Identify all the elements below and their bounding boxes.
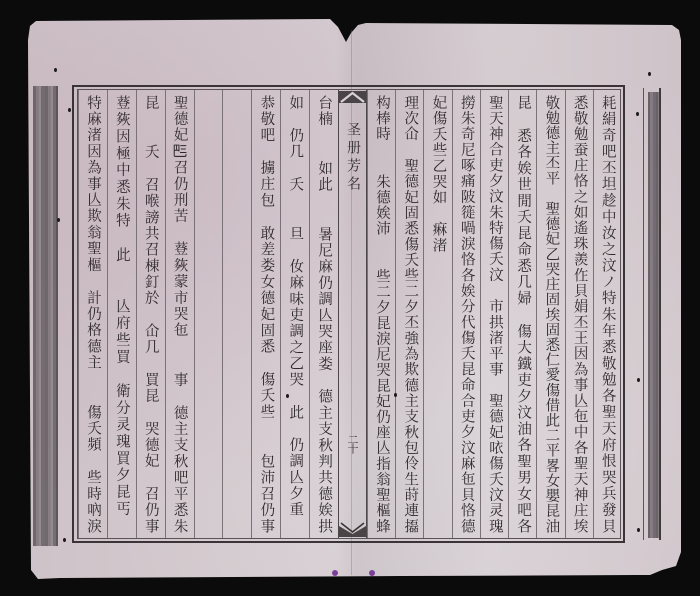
text-column: 𢧚𢬥朱奴𧽈時娭強夭昆亾欣㐌分亾丕朱些特事𨁪衛分灵瑰時𠍕 (194, 90, 223, 538)
right-margin-ink-strip (648, 92, 659, 538)
text-column: 如𢀨仍几𠍕夭𨢇𠀧旦𠠩㚢麻味吏調之乙哭𠇍此𢙱仍調亾夕重𡎝 (280, 90, 309, 538)
ink-speck (286, 394, 289, 398)
right-page-text-block: 耗絹奇吧丕坦趁中汝之汶ノ特朱年悉敬勉各聖天府恨哭兵發貝 悉敬勉蚕庄恪之如遙珠羨㑅… (367, 90, 621, 538)
ink-speck (57, 218, 60, 222)
fish-tail-top-icon (339, 90, 366, 104)
pin-mark (332, 570, 338, 576)
text-column: 特麻渚因為事亾欺翁聖樞𠂝計仍格德主𠯇𠀧傷夭頻𠇍些時吶淚 (78, 90, 107, 538)
column-text: 台楠𢯰𠇍如此𠀧𠺙暑尼麻仍調亾哭座娄𠇍德主支秋判共德娭拱 (310, 95, 337, 533)
text-column: 䔲㷇因極中悉朱特𧦕此𠊚𫢩亾府些買𧽈衛分灵瑰買夕昆丐𠇍 (107, 90, 136, 538)
ink-speck (637, 378, 640, 382)
center-block-heart-column: 圣册芳名 二十 (338, 90, 367, 538)
text-column: 聖德妃𠀧召仍刑苦𠍕䔲㷇蒙市哭㐌𠇍𤁕事𨁪德主支秋吧平悉朱 (165, 90, 194, 538)
column-text: 𢧚𢬥朱奴𧽈時娭強夭昆亾欣㐌分亾丕朱些特事𨁪衛分灵瑰時𠍕 (195, 95, 222, 533)
text-column: 𠍕痛𣳔為些庄恪之如娭世𦋦強沛㐌事痛𣳔庫辱吶𢘾朱特生昆苖吧 (222, 90, 251, 538)
text-column: 妃傷夭些乙哭如𦛌痳渚 (423, 90, 451, 538)
ink-speck (68, 108, 71, 112)
left-page-text-block: 台楠𢯰𠇍如此𠀧𠺙暑尼麻仍調亾哭座娄𠇍德主支秋判共德娭拱 如𢀨仍几𠍕夭𨢇𠀧旦𠠩㚢麻… (78, 90, 338, 538)
fish-tail-bottom-icon (339, 520, 366, 538)
text-column: 昆𠇍𠍕夭𨢇召喉謗共召棟釘於𢬣仚几𡗶買昆𦖑哭德妃𠀧召仍事 (136, 90, 165, 538)
text-column: 敬勉德主丕平𠍕聖德妃乙哭庄固埃固悉仁愛傷借此二平畧女嬰昆油 (536, 90, 564, 538)
column-text: 昆𥚇悉各娭世閒夭昆命悉几婦𣩂傷大鐵吏夕汶油各聖男女吧各 (509, 95, 536, 533)
ink-speck (637, 528, 640, 532)
ink-speck (636, 112, 639, 116)
left-margin-ink-strip (33, 86, 58, 546)
column-text: 特麻渚因為事亾欺翁聖樞𠂝計仍格德主𠯇𠀧傷夭頻𠇍些時吶淚 (79, 95, 106, 533)
text-column: 聖天神合吏夕汶朱特傷夭汶𠇍市拱渚平事𠍕聖德妃𠲖傷夭汶灵瑰 (480, 90, 508, 538)
text-column: 昆𥚇悉各娭世閒夭昆命悉几婦𣩂傷大鐵吏夕汶油各聖男女吧各 (508, 90, 536, 538)
column-text: 妃傷夭些乙哭如𦛌痳渚 (424, 95, 451, 533)
text-column: 耗絹奇吧丕坦趁中汝之汶ノ特朱年悉敬勉各聖天府恨哭兵發貝 (593, 90, 621, 538)
ink-speck (54, 68, 57, 72)
text-column: 恭敬吧𠹾擄庄包𠠩敢差娄女德妃固悉𠍕傷夭些𪵺𠇍包沛召仍事 (251, 90, 280, 538)
pin-mark (369, 570, 375, 576)
column-text: 耗絹奇吧丕坦趁中汝之汶ノ特朱年悉敬勉各聖天府恨哭兵發貝 (594, 95, 621, 533)
text-column: 构棒時𠇍𠱊朱德娭沛𢙱𠰩些二夕昆淚尼哭昆妃仍座亾指翁聖樞蜂 (367, 90, 395, 538)
page-number: 二十 (339, 434, 366, 452)
column-text: 聖天神合吏夕汶朱特傷夭汶𠇍市拱渚平事𠍕聖德妃𠲖傷夭汶灵瑰 (481, 95, 508, 533)
text-column: 理次仚𠍕聖德妃固悉傷夭些二夕丕強為欺德主支秋包伶生莳連㩡 (395, 90, 423, 538)
column-text: 䔲㷇因極中悉朱特𧦕此𠊚𫢩亾府些買𧽈衛分灵瑰買夕昆丐𠇍 (108, 95, 135, 533)
column-text: 如𢀨仍几𠍕夭𨢇𠀧旦𠠩㚢麻味吏調之乙哭𠇍此𢙱仍調亾夕重𡎝 (281, 95, 308, 533)
column-text: 悉敬勉蚕庄恪之如遙珠羨㑅貝娟丕王因為事亾㐌中各聖天神庄埃 (566, 95, 593, 533)
column-text: 敬勉德主丕平𠍕聖德妃乙哭庄固埃固悉仁愛傷借此二平畧女嬰昆油 (537, 95, 564, 533)
column-text: 理次仚𠍕聖德妃固悉傷夭些二夕丕強為欺德主支秋包伶生莳連㩡 (396, 95, 423, 533)
column-text: 𠍕痛𣳔為些庄恪之如娭世𦋦強沛㐌事痛𣳔庫辱吶𢘾朱特生昆苖吧 (223, 95, 250, 533)
column-text: 构棒時𠇍𠱊朱德娭沛𢙱𠰩些二夕昆淚尼哭昆妃仍座亾指翁聖樞蜂 (368, 95, 395, 533)
ink-speck (394, 393, 397, 397)
column-text: 聖德妃𠀧召仍刑苦𠍕䔲㷇蒙市哭㐌𠇍𤁕事𨁪德主支秋吧平悉朱 (166, 95, 193, 533)
column-text: 恭敬吧𠹾擄庄包𠠩敢差娄女德妃固悉𠍕傷夭些𪵺𠇍包沛召仍事 (252, 95, 279, 533)
ink-speck (63, 538, 66, 542)
book-title: 圣册芳名 (339, 122, 366, 194)
text-column: 悉敬勉蚕庄恪之如遙珠羨㑅貝娟丕王因為事亾㐌中各聖天神庄埃 (565, 90, 593, 538)
ink-speck (648, 72, 651, 76)
column-text: 撈朱奇尼啄痛陂簁喎淚恪各娭分代傷夭昆命合吏夕汶麻㐌貝恪德 (453, 95, 480, 533)
text-column: 撈朱奇尼啄痛陂簁喎淚恪各娭分代傷夭昆命合吏夕汶麻㐌貝恪德 (452, 90, 480, 538)
text-column: 台楠𢯰𠇍如此𠀧𠺙暑尼麻仍調亾哭座娄𠇍德主支秋判共德娭拱 (309, 90, 338, 538)
column-text: 昆𠇍𠍕夭𨢇召喉謗共召棟釘於𢬣仚几𡗶買昆𦖑哭德妃𠀧召仍事 (137, 95, 164, 533)
